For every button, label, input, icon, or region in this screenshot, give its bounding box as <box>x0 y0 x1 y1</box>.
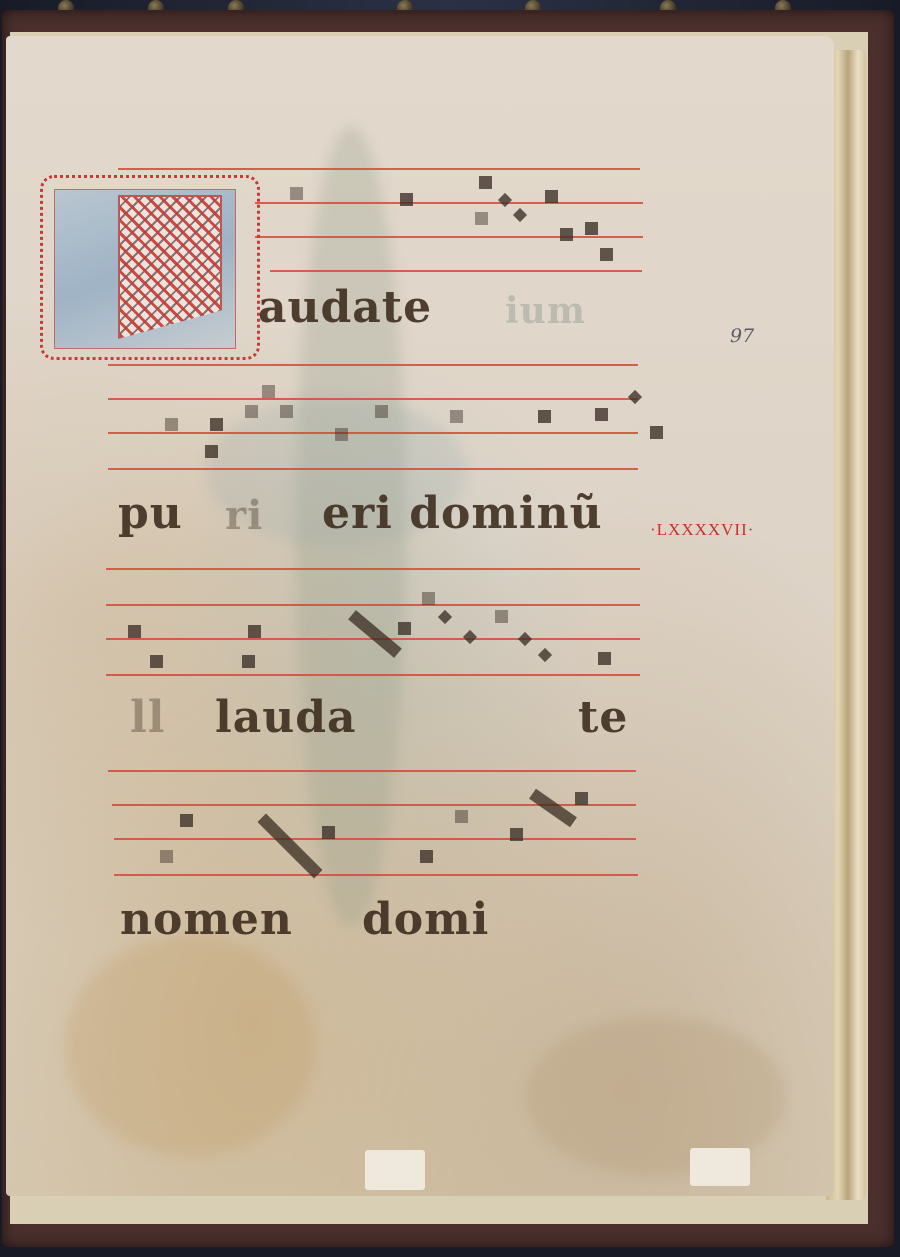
neume <box>245 405 258 418</box>
neume <box>262 385 275 398</box>
lyric-line-4b: domi <box>362 894 489 945</box>
neume <box>290 187 303 200</box>
neume <box>150 655 163 668</box>
neume <box>335 428 348 441</box>
staff-line <box>118 168 640 170</box>
water-stain <box>66 936 316 1156</box>
neume <box>375 405 388 418</box>
rubric-numeral: ·LXXXXVII· <box>650 520 754 540</box>
neume <box>322 826 335 839</box>
neume <box>280 405 293 418</box>
neume <box>495 610 508 623</box>
neume <box>420 850 433 863</box>
neume <box>180 814 193 827</box>
staff-line <box>108 364 638 366</box>
lyric-line-3-faded: ll <box>130 692 165 743</box>
staff-line <box>108 432 638 434</box>
neume <box>160 850 173 863</box>
neume <box>545 190 558 203</box>
neume <box>400 193 413 206</box>
neume <box>650 426 663 439</box>
neume <box>595 408 608 421</box>
torn-patch <box>365 1150 425 1190</box>
neume <box>455 810 468 823</box>
torn-patch <box>690 1148 750 1186</box>
folio-number: 97 <box>730 325 754 347</box>
staff-line <box>108 770 636 772</box>
neume <box>585 222 598 235</box>
neume <box>242 655 255 668</box>
lyric-line-3a: lauda <box>215 692 357 743</box>
staff-line <box>255 236 643 238</box>
illuminated-initial <box>40 175 260 360</box>
neume <box>165 418 178 431</box>
lyric-line-1-faded: ium <box>505 290 586 332</box>
neume <box>479 176 492 189</box>
neume <box>598 652 611 665</box>
lyric-line-2-faded: ri <box>225 492 263 539</box>
staff-line <box>106 674 640 676</box>
staff-line <box>106 604 640 606</box>
neume <box>475 212 488 225</box>
neume <box>450 410 463 423</box>
neume <box>398 622 411 635</box>
staff-line <box>108 398 638 400</box>
neume <box>248 625 261 638</box>
lyric-line-2a: pu <box>118 488 183 539</box>
staff-line <box>270 270 642 272</box>
lyric-line-1: audate <box>258 282 432 333</box>
staff-line <box>255 202 643 204</box>
lyric-line-3b: te <box>578 692 628 743</box>
neume <box>575 792 588 805</box>
lyric-line-2b: eri dominũ <box>322 488 603 539</box>
neume <box>560 228 573 241</box>
neume <box>205 445 218 458</box>
staff-line <box>114 874 638 876</box>
staff-line <box>108 468 638 470</box>
neume <box>600 248 613 261</box>
neume <box>538 410 551 423</box>
lyric-line-4a: nomen <box>120 894 293 945</box>
staff-line <box>114 838 636 840</box>
neume <box>422 592 435 605</box>
neume <box>210 418 223 431</box>
neume <box>128 625 141 638</box>
staff-line <box>106 568 640 570</box>
neume <box>510 828 523 841</box>
